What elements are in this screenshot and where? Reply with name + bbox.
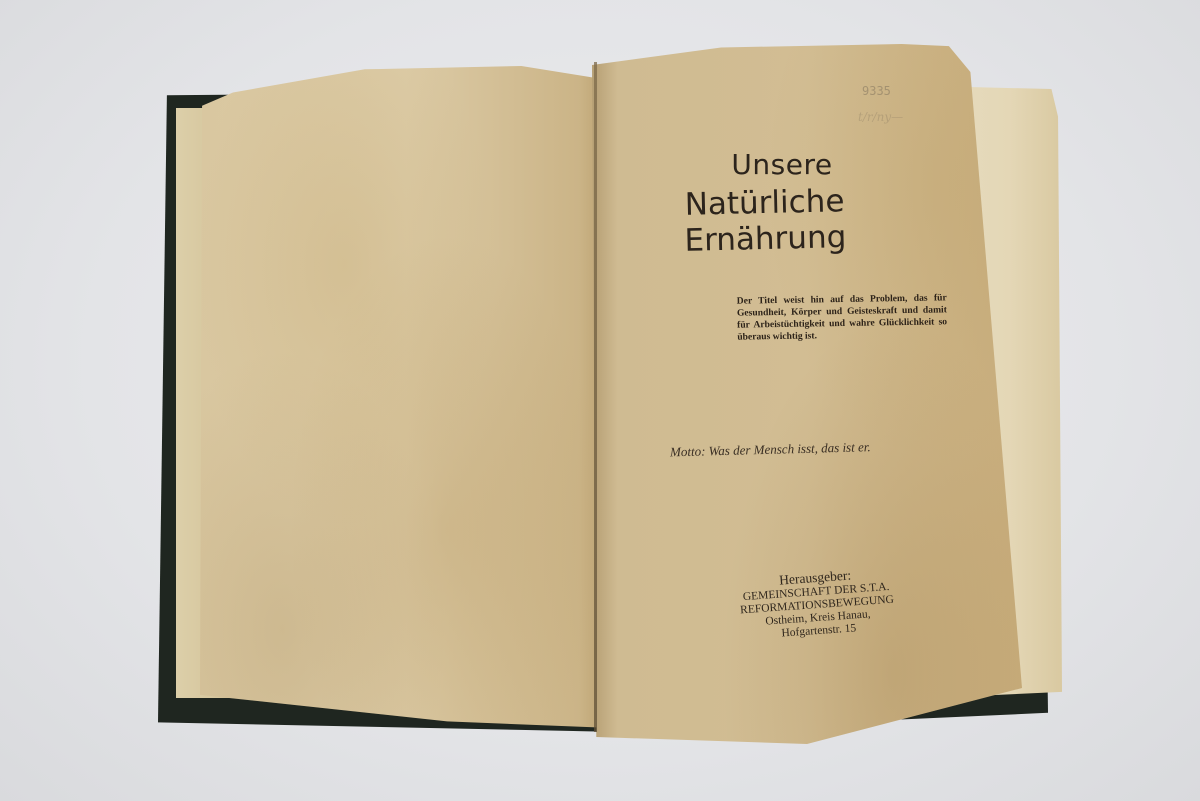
title-line-1: Unsere	[634, 148, 930, 181]
left-blank-page	[200, 66, 612, 728]
book-title: Unsere Natürliche Ernährung	[600, 148, 930, 257]
pencil-mark-number: 9335	[862, 84, 891, 98]
title-line-2: Natürliche Ernährung	[599, 181, 931, 260]
photo-scene: 9335 t/r/ny— Unsere Natürliche Ernährung…	[0, 0, 1200, 801]
subtitle-text: Der Titel weist hin auf das Problem, das…	[737, 292, 948, 343]
book-gutter	[594, 62, 597, 732]
pencil-mark-scribble: t/r/ny—	[858, 110, 903, 124]
